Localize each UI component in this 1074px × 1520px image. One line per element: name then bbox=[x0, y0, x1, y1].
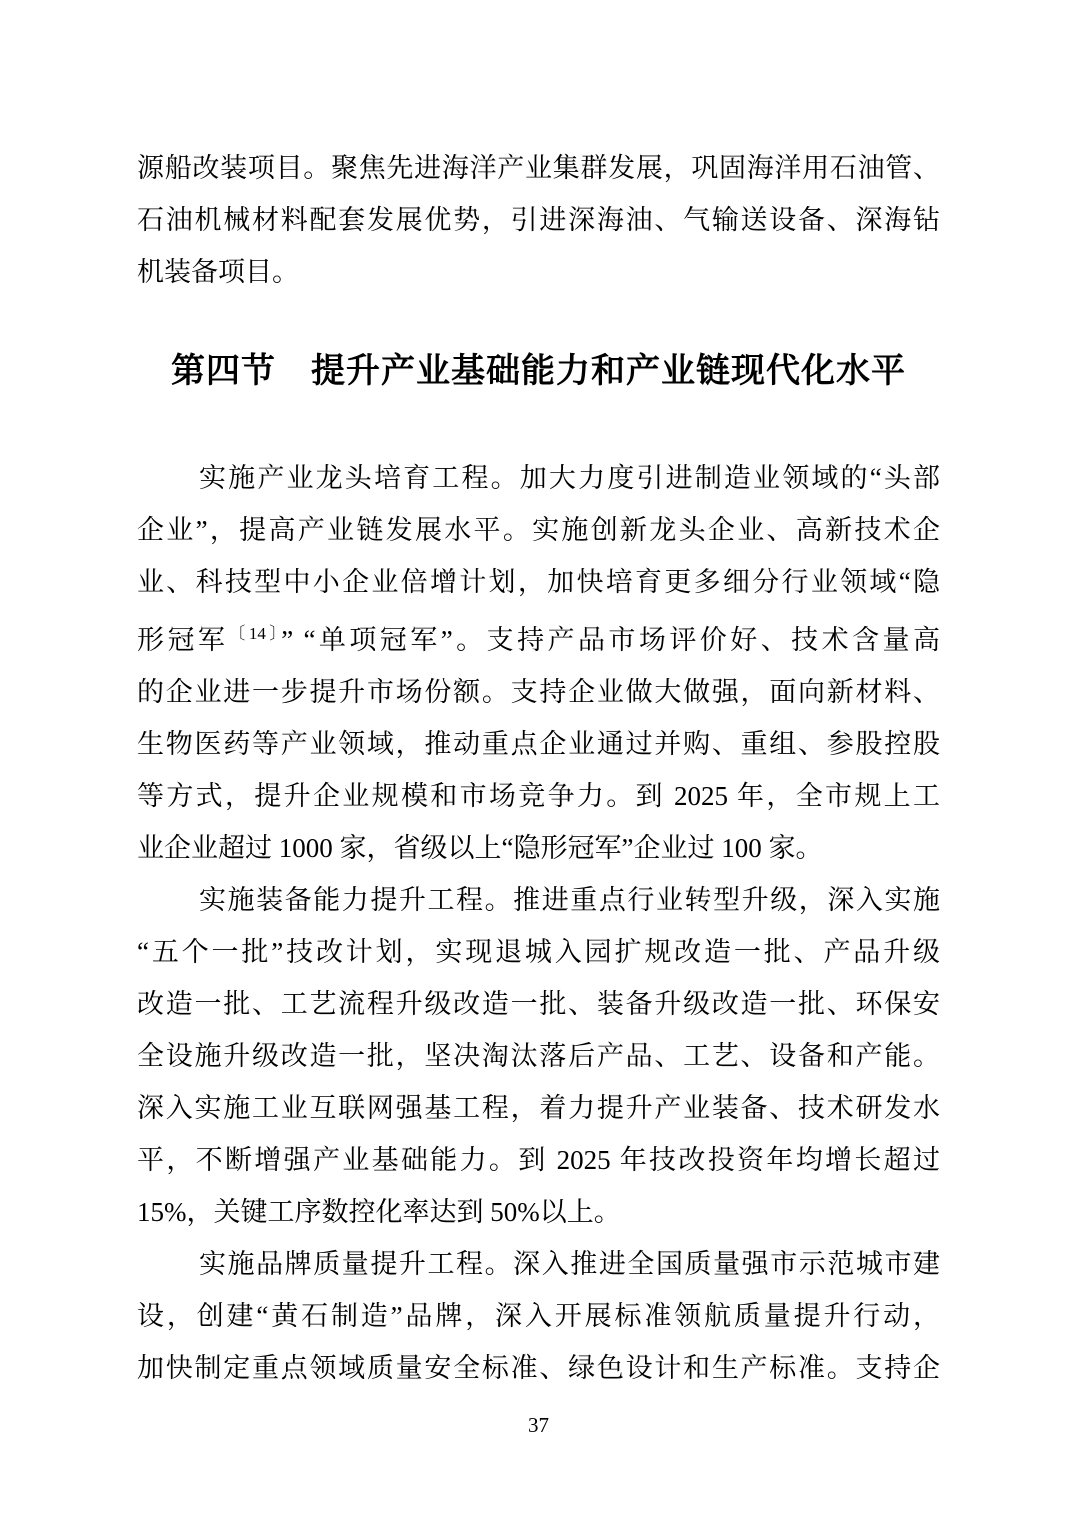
text-line: 的企业进一步提升市场份额。支持企业做大做强，面向新材料、 bbox=[137, 666, 940, 718]
paragraph: 实施产业龙头培育工程。加大力度引进制造业领域的“头部企业”，提高产业链发展水平。… bbox=[137, 452, 940, 874]
document-content: 源船改装项目。聚焦先进海洋产业集群发展，巩固海洋用石油管、石油机械材料配套发展优… bbox=[137, 0, 940, 1440]
page-number: 37 bbox=[137, 1410, 940, 1440]
text-line: 石油机械材料配套发展优势，引进深海油、气输送设备、深海钻 bbox=[137, 194, 940, 246]
text-line: 深入实施工业互联网强基工程，着力提升产业装备、技术研发水 bbox=[137, 1082, 940, 1134]
document-page: 源船改装项目。聚焦先进海洋产业集群发展，巩固海洋用石油管、石油机械材料配套发展优… bbox=[0, 0, 1074, 1520]
text-line: 机装备项目。 bbox=[137, 246, 940, 298]
text-segment: ” “单项冠军”。支持产品市场评价好、技术含量高 bbox=[281, 625, 940, 655]
text-line: 全设施升级改造一批，坚决淘汰落后产品、工艺、设备和产能。 bbox=[137, 1030, 940, 1082]
text-line: 业、科技型中小企业倍增计划，加快培育更多细分行业领域“隐 bbox=[137, 556, 940, 608]
text-line: 实施装备能力提升工程。推进重点行业转型升级，深入实施 bbox=[137, 874, 940, 926]
paragraph: 实施装备能力提升工程。推进重点行业转型升级，深入实施“五个一批”技改计划，实现退… bbox=[137, 874, 940, 1238]
text-line: 实施产业龙头培育工程。加大力度引进制造业领域的“头部 bbox=[137, 452, 940, 504]
text-line: 15%，关键工序数控化率达到 50%以上。 bbox=[137, 1186, 940, 1238]
continuation-paragraph: 源船改装项目。聚焦先进海洋产业集群发展，巩固海洋用石油管、石油机械材料配套发展优… bbox=[137, 142, 940, 298]
text-segment: 形冠军 bbox=[137, 625, 228, 655]
text-line: 企业”，提高产业链发展水平。实施创新龙头企业、高新技术企 bbox=[137, 504, 940, 556]
text-line: 实施品牌质量提升工程。深入推进全国质量强市示范城市建 bbox=[137, 1238, 940, 1290]
text-line: 设，创建“黄石制造”品牌，深入开展标准领航质量提升行动， bbox=[137, 1290, 940, 1342]
text-line: 形冠军〔14〕” “单项冠军”。支持产品市场评价好、技术含量高 bbox=[137, 608, 940, 666]
footnote-ref: 〔14〕 bbox=[228, 624, 281, 643]
text-line: 源船改装项目。聚焦先进海洋产业集群发展，巩固海洋用石油管、 bbox=[137, 142, 940, 194]
text-line: 生物医药等产业领域，推动重点企业通过并购、重组、参股控股 bbox=[137, 718, 940, 770]
text-line: 业企业超过 1000 家，省级以上“隐形冠军”企业过 100 家。 bbox=[137, 822, 940, 874]
text-line: 等方式，提升企业规模和市场竞争力。到 2025 年，全市规上工 bbox=[137, 770, 940, 822]
section-heading: 第四节 提升产业基础能力和产业链现代化水平 bbox=[137, 342, 940, 402]
text-line: 改造一批、工艺流程升级改造一批、装备升级改造一批、环保安 bbox=[137, 978, 940, 1030]
text-line: 平，不断增强产业基础能力。到 2025 年技改投资年均增长超过 bbox=[137, 1134, 940, 1186]
paragraph: 实施品牌质量提升工程。深入推进全国质量强市示范城市建设，创建“黄石制造”品牌，深… bbox=[137, 1238, 940, 1394]
text-line: “五个一批”技改计划，实现退城入园扩规改造一批、产品升级 bbox=[137, 926, 940, 978]
text-line: 加快制定重点领域质量安全标准、绿色设计和生产标准。支持企 bbox=[137, 1342, 940, 1394]
